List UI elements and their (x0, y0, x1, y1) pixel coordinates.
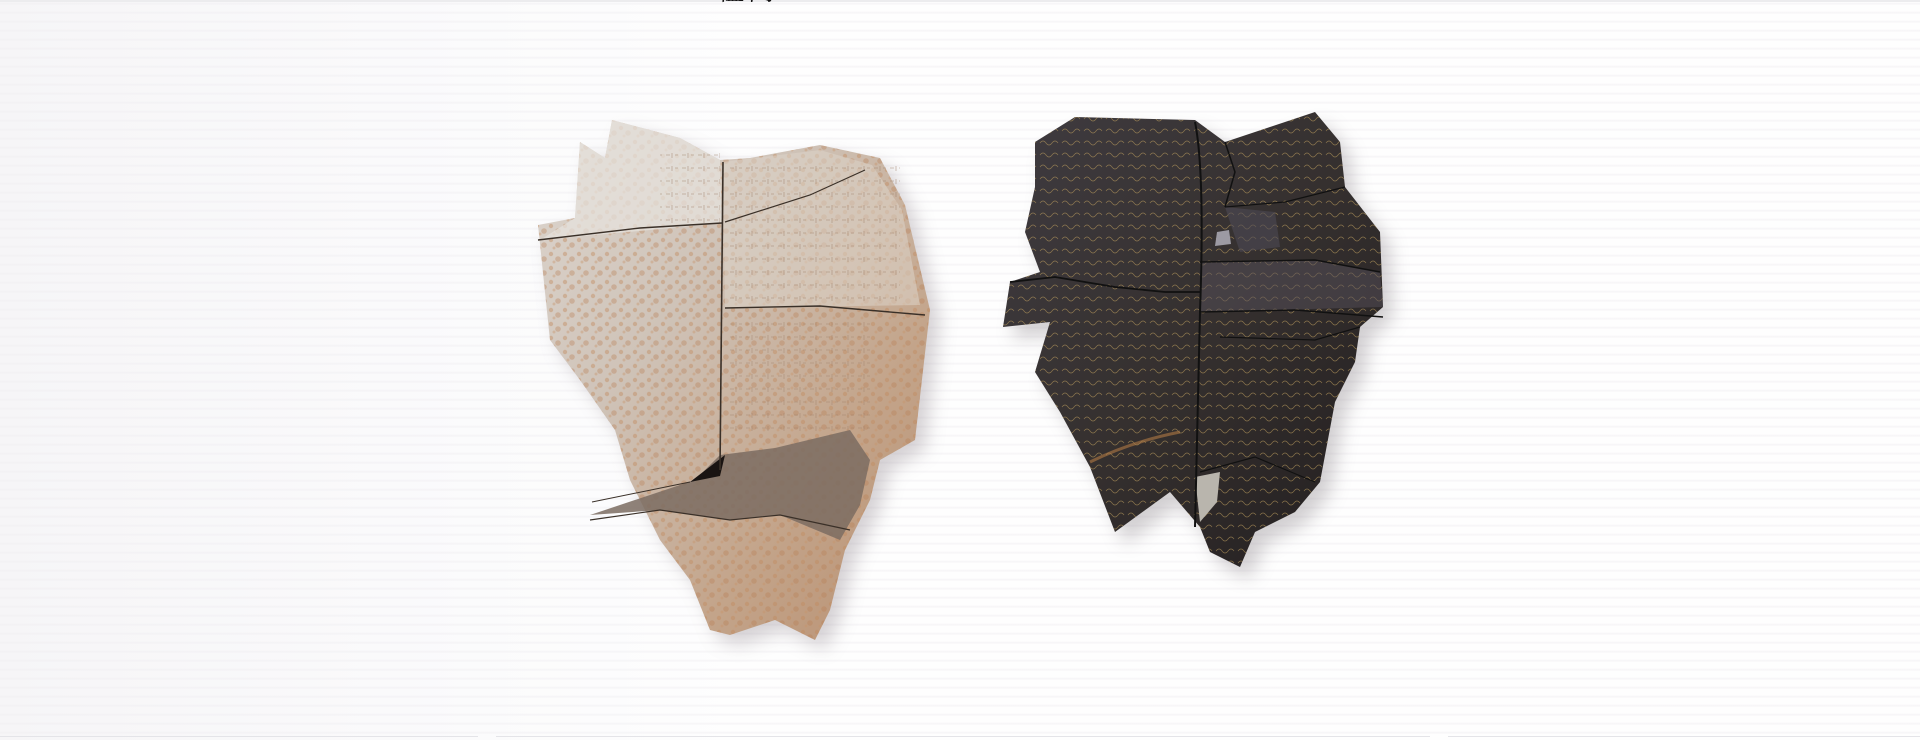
top-divider (0, 0, 1920, 2)
photo-canvas: 槛内 (0, 0, 1920, 740)
dark-shell-object (995, 112, 1395, 642)
light-shell-object (520, 110, 940, 650)
bottom-dividers (0, 736, 1920, 738)
cropped-caption: 槛内 (718, 0, 838, 6)
